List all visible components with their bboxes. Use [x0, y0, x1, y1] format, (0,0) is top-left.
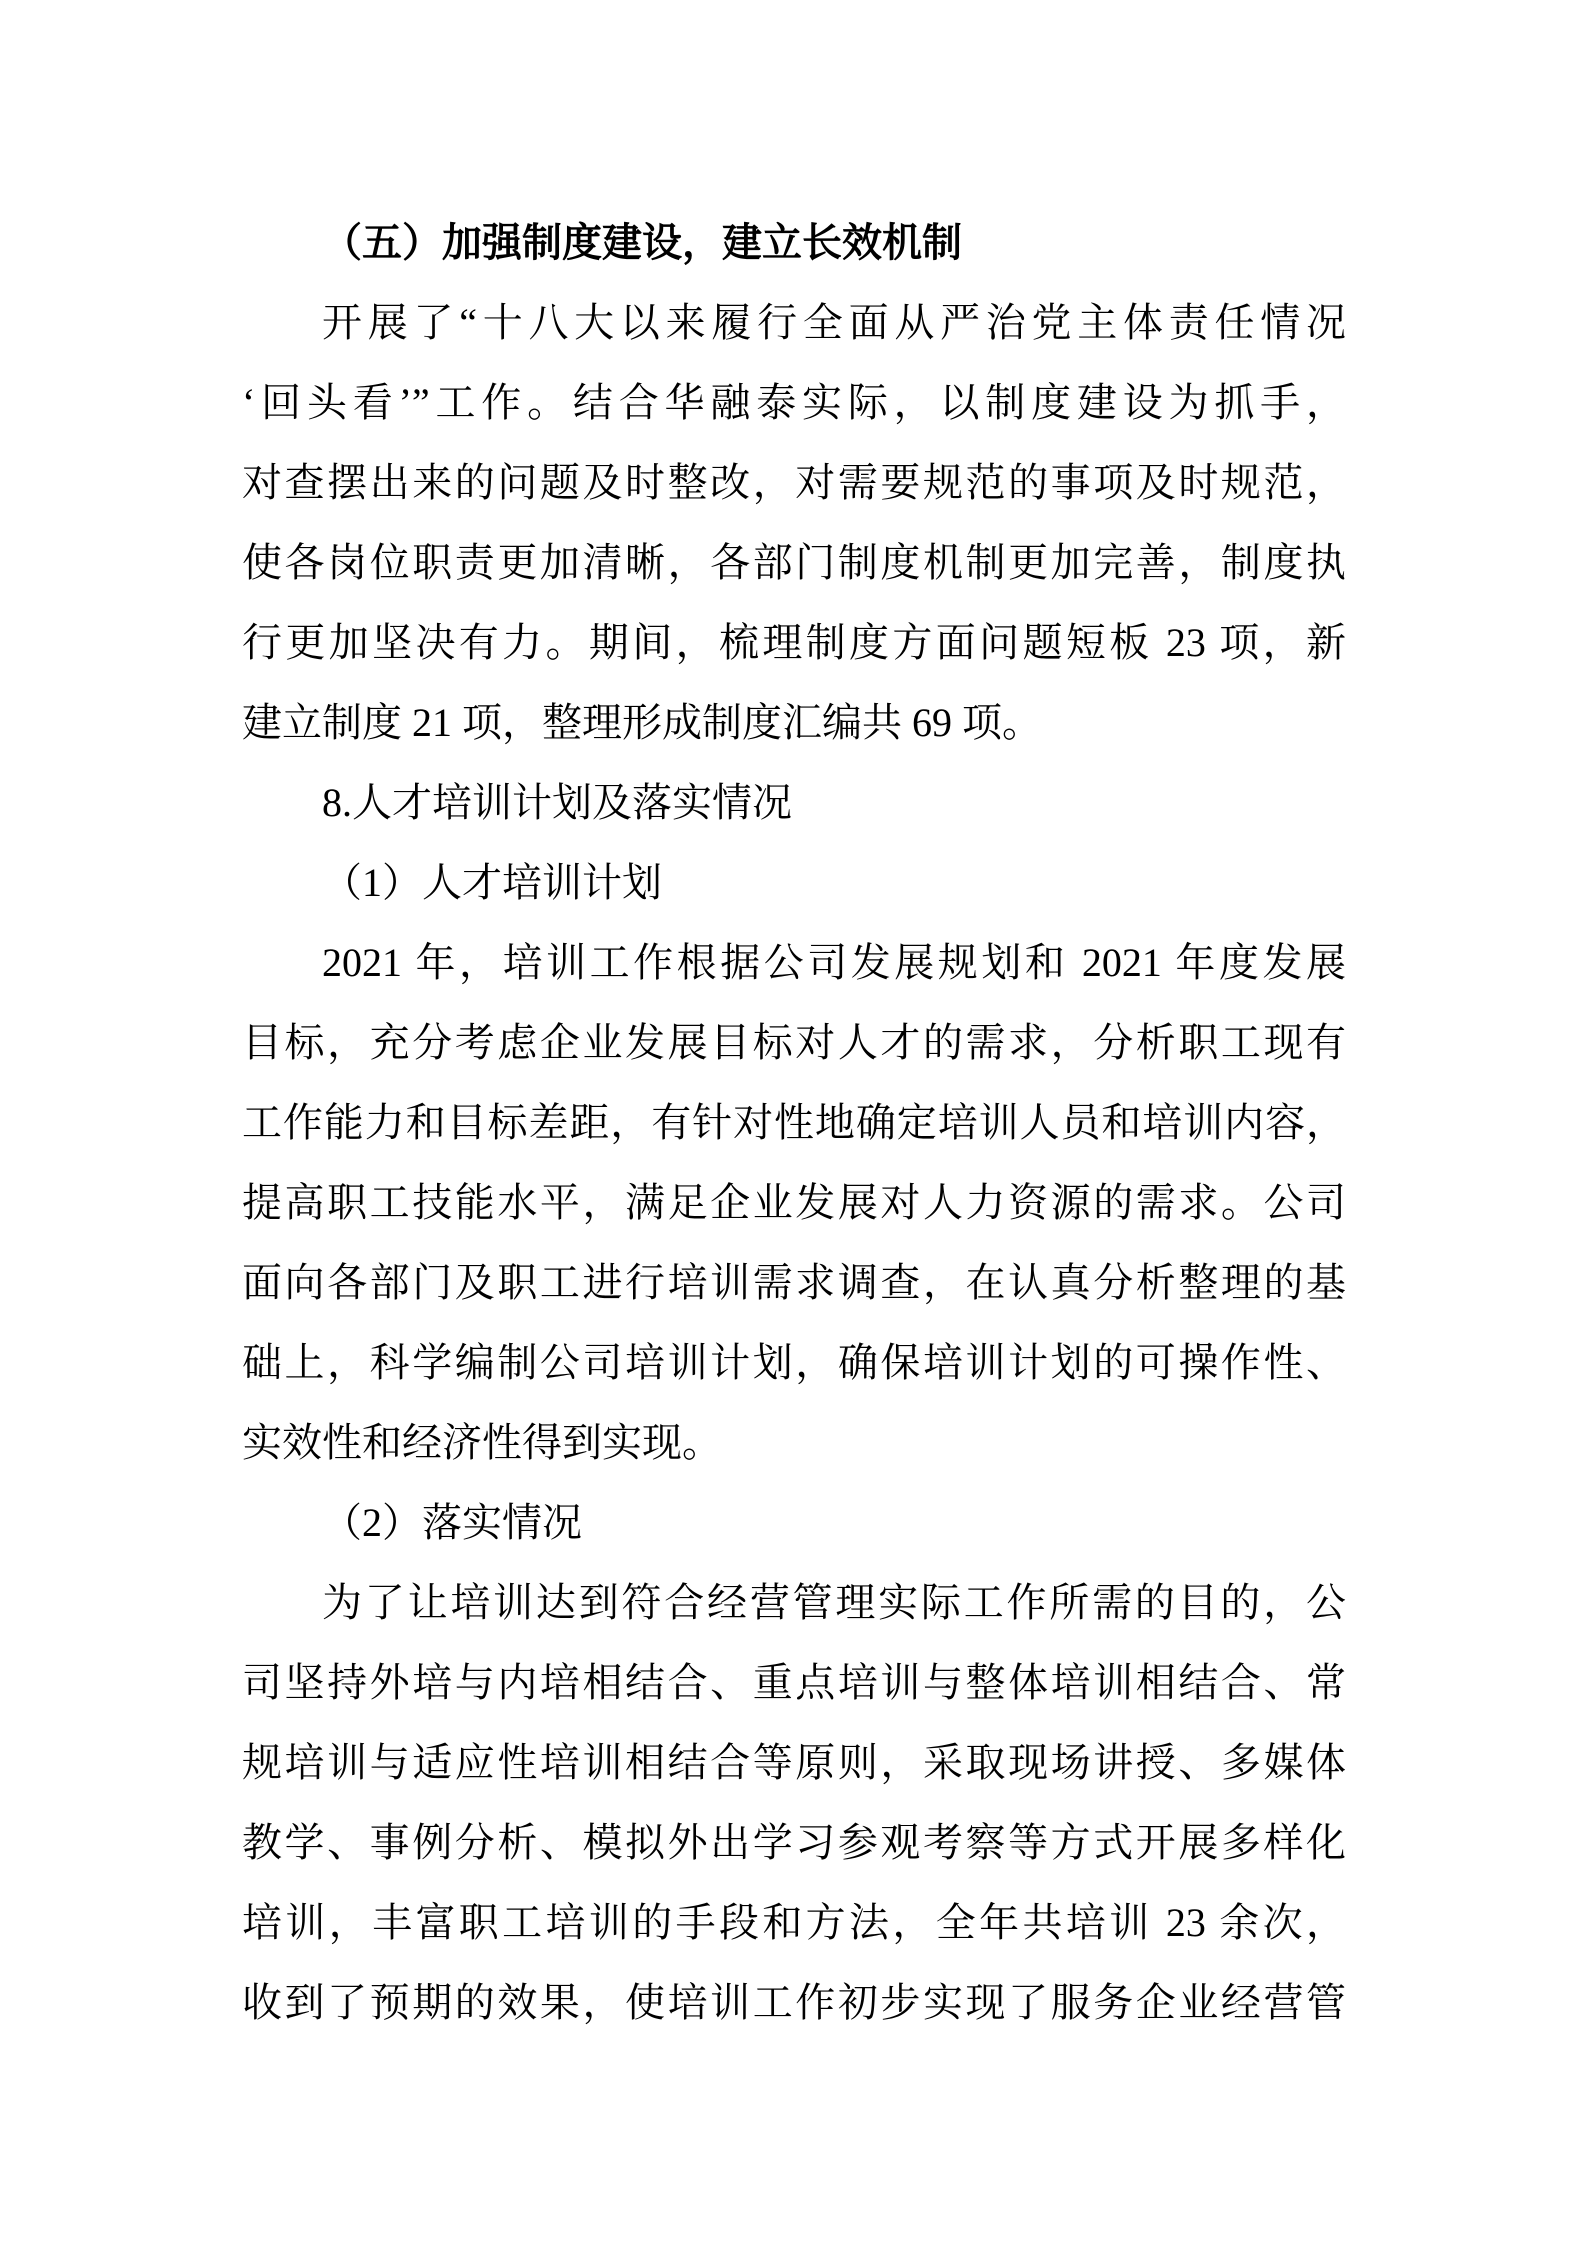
text-line: 对查摆出来的问题及时整改，对需要规范的事项及时规范，	[242, 443, 1346, 523]
text-line: 2021 年，培训工作根据公司发展规划和 2021 年度发展	[242, 923, 1346, 1003]
text-line: 司坚持外培与内培相结合、重点培训与整体培训相结合、常	[242, 1643, 1346, 1723]
text-line: 行更加坚决有力。期间，梳理制度方面问题短板 23 项，新	[242, 603, 1346, 683]
text-line: 目标，充分考虑企业发展目标对人才的需求，分析职工现有	[242, 1003, 1346, 1083]
text-line: 8.人才培训计划及落实情况	[242, 763, 1346, 843]
document-page: （五）加强制度建设，建立长效机制开展了“十八大以来履行全面从严治党主体责任情况‘…	[0, 0, 1587, 2245]
text-line: 教学、事例分析、模拟外出学习参观考察等方式开展多样化	[242, 1803, 1346, 1883]
text-line: 使各岗位职责更加清晰，各部门制度机制更加完善，制度执	[242, 523, 1346, 603]
text-line: ‘回头看’”工作。结合华融泰实际，以制度建设为抓手，	[242, 363, 1346, 443]
document-body: （五）加强制度建设，建立长效机制开展了“十八大以来履行全面从严治党主体责任情况‘…	[242, 203, 1346, 2043]
text-line: 开展了“十八大以来履行全面从严治党主体责任情况	[242, 283, 1346, 363]
text-line: 础上，科学编制公司培训计划，确保培训计划的可操作性、	[242, 1323, 1346, 1403]
text-line: 提高职工技能水平，满足企业发展对人力资源的需求。公司	[242, 1163, 1346, 1243]
text-line: 收到了预期的效果，使培训工作初步实现了服务企业经营管	[242, 1963, 1346, 2043]
text-line: （1）人才培训计划	[242, 843, 1346, 923]
text-line: 实效性和经济性得到实现。	[242, 1403, 1346, 1483]
text-line: （2）落实情况	[242, 1483, 1346, 1563]
text-line: 工作能力和目标差距，有针对性地确定培训人员和培训内容，	[242, 1083, 1346, 1163]
section-heading: （五）加强制度建设，建立长效机制	[242, 203, 1346, 283]
text-line: 培训，丰富职工培训的手段和方法，全年共培训 23 余次，	[242, 1883, 1346, 1963]
text-line: 建立制度 21 项，整理形成制度汇编共 69 项。	[242, 683, 1346, 763]
text-line: 为了让培训达到符合经营管理实际工作所需的目的，公	[242, 1563, 1346, 1643]
text-line: 面向各部门及职工进行培训需求调查，在认真分析整理的基	[242, 1243, 1346, 1323]
text-line: 规培训与适应性培训相结合等原则，采取现场讲授、多媒体	[242, 1723, 1346, 1803]
